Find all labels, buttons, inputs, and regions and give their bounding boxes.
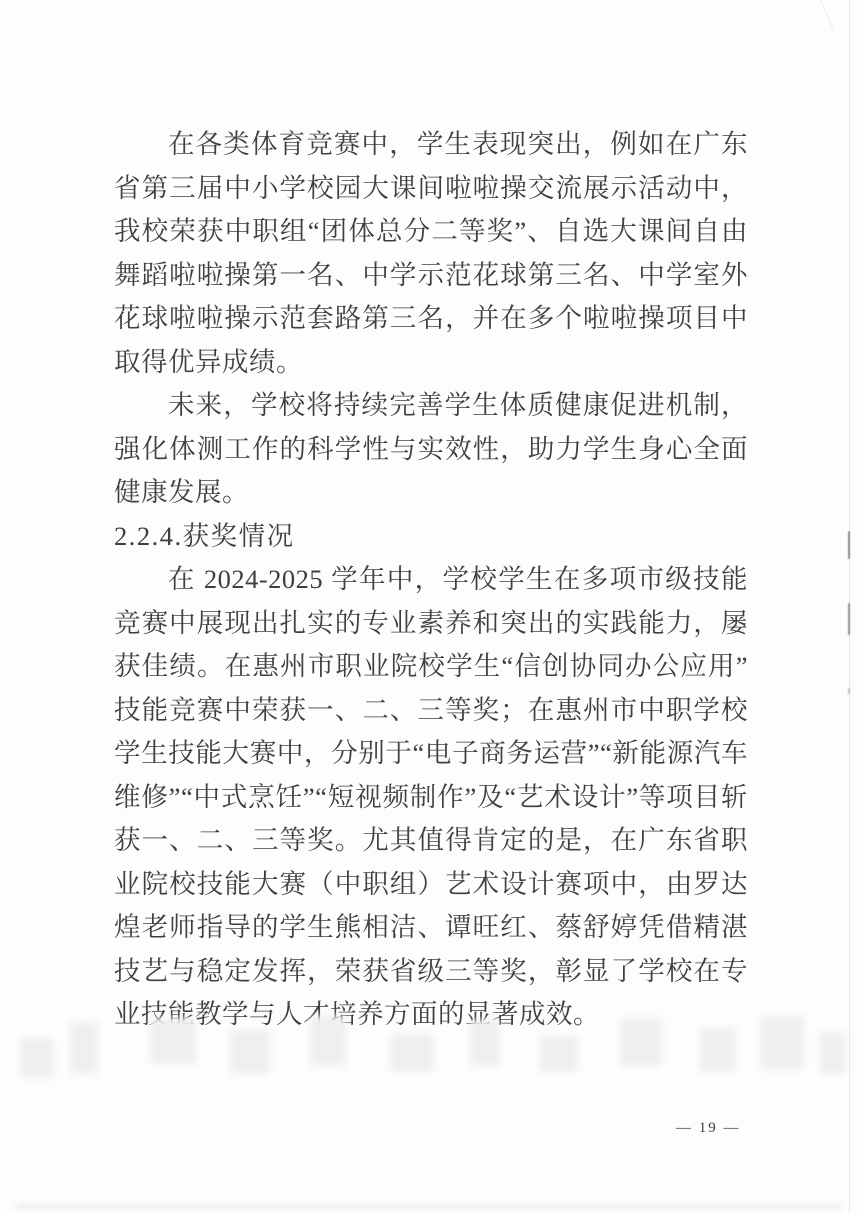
scan-dash-artifact <box>848 531 850 559</box>
paragraph-sports-competitions: 在各类体育竞赛中，学生表现突出，例如在广东省第三届中小学校园大课间啦啦操交流展示… <box>114 123 748 384</box>
scanned-document-page: 在各类体育竞赛中，学生表现突出，例如在广东省第三届中小学校园大课间啦啦操交流展示… <box>0 0 858 1213</box>
scan-dash-artifact <box>848 603 850 635</box>
paragraph-awards-detail: 在 2024-2025 学年中，学校学生在多项市级技能竞赛中展现出扎实的专业素养… <box>114 558 748 1037</box>
section-heading-awards: 2.2.4.获奖情况 <box>114 515 748 559</box>
scan-tick-artifact <box>848 688 850 694</box>
scan-edge-bend-artifact <box>819 0 835 32</box>
page-number: — 19 — <box>676 1120 741 1137</box>
page-body-text: 在各类体育竞赛中，学生表现突出，例如在广东省第三届中小学校园大课间啦啦操交流展示… <box>114 123 748 1037</box>
paragraph-future-plans: 未来，学校将持续完善学生体质健康促进机制，强化体测工作的科学性与实效性，助力学生… <box>114 384 748 515</box>
bottom-scan-streak-artifact <box>16 1203 842 1210</box>
